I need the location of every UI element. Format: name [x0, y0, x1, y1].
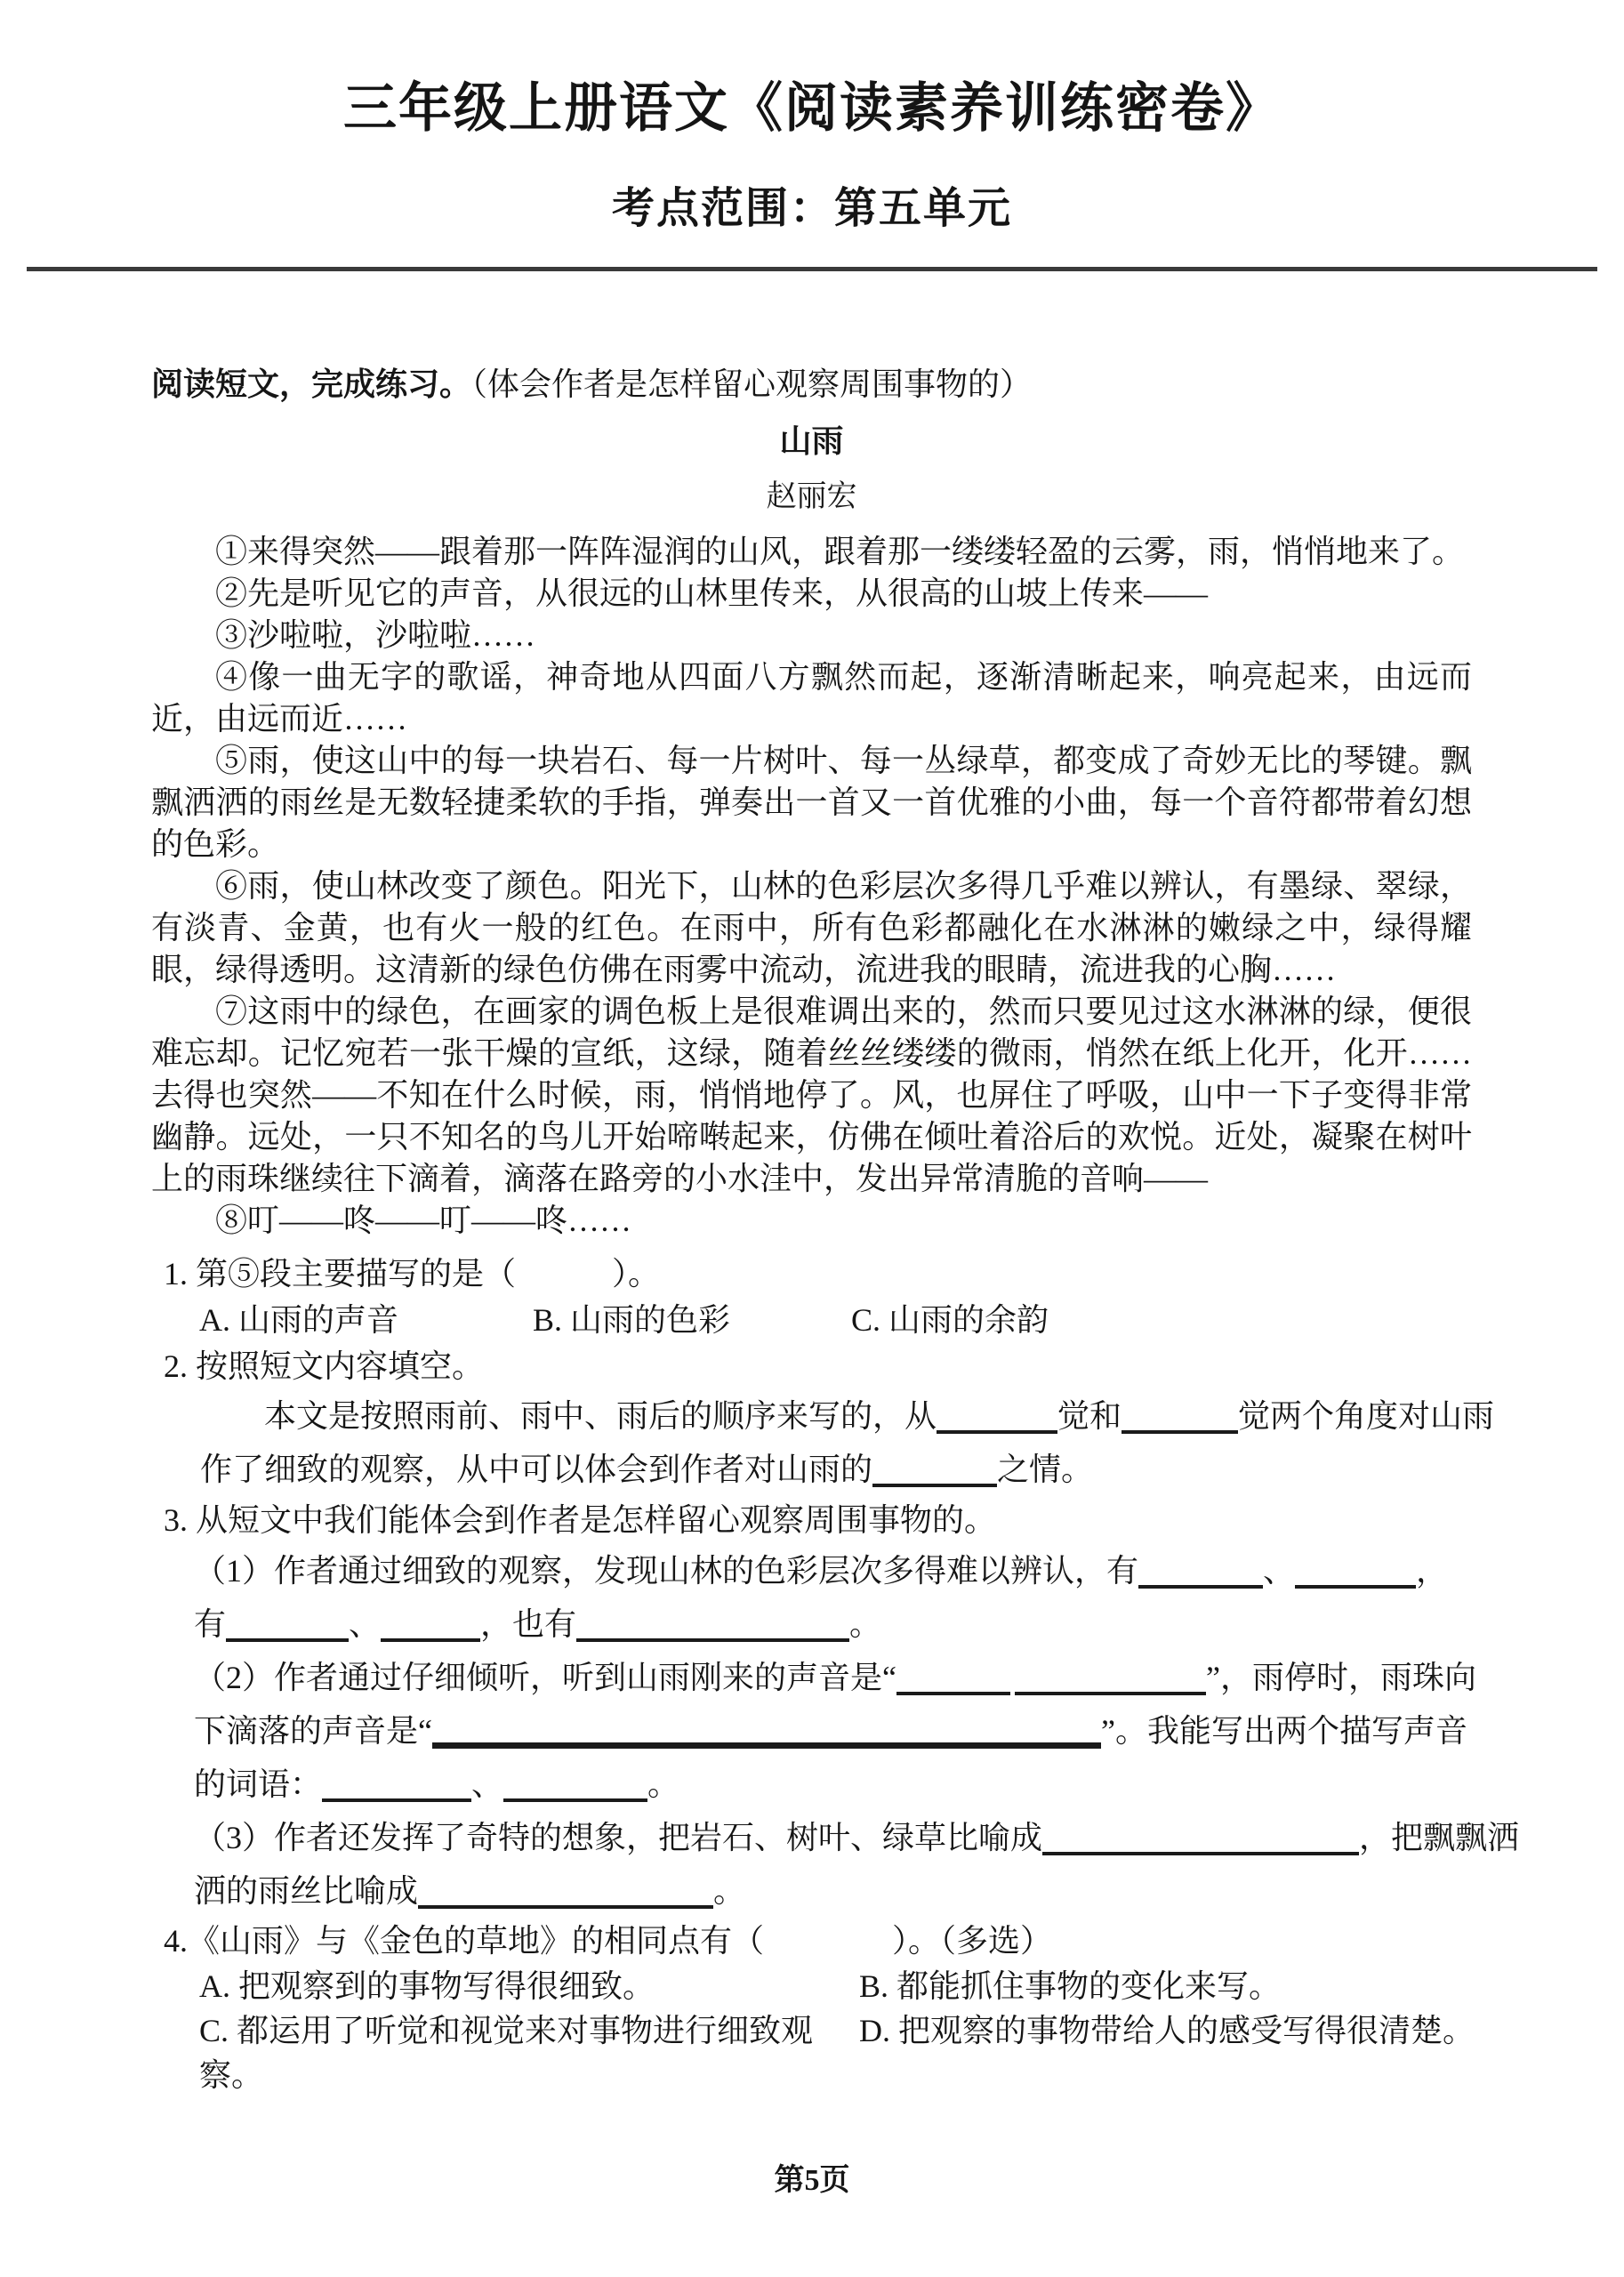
essay-paragraph: ⑦这雨中的绿色，在画家的调色板上是很难调出来的，然而只要见过这水淋淋的绿，便很难…: [151, 991, 1472, 1200]
essay-title: 山雨: [151, 419, 1472, 463]
question-4-option-a: A. 把观察到的事物写得很细致。: [199, 1964, 859, 2008]
question-4-stem: 4.《山雨》与《金色的草地》的相同点有（ ）。（多选）: [151, 1918, 1472, 1964]
question-3-sub2: （2）作者通过仔细倾听，听到山雨刚来的声音是“”，雨停时，雨珠向 下滴落的声音是…: [151, 1651, 1472, 1811]
question-4-options-row: A. 把观察到的事物写得很细致。 B. 都能抓住事物的变化来写。: [151, 1964, 1472, 2008]
question-4-option-b: B. 都能抓住事物的变化来写。: [859, 1964, 1281, 2008]
instruction-note: （体会作者是怎样留心观察周围事物的）: [471, 366, 1032, 402]
question-3-sub1: （1）作者通过细致的观察，发现山林的色彩层次多得难以辨认，有、， 有、，也有。: [151, 1544, 1472, 1651]
question-1-option-b: B. 山雨的色彩: [533, 1297, 851, 1343]
question-1-stem: 1. 第⑤段主要描写的是（ ）。: [151, 1251, 1472, 1297]
essay-paragraph: ②先是听见它的声音，从很远的山林里传来，从很高的山坡上传来——: [151, 573, 1472, 615]
page-title: 三年级上册语文《阅读素养训练密卷》: [0, 0, 1624, 140]
page-number: 第5页: [0, 2155, 1624, 2199]
question-3-sub1-line: 有、，也有。: [194, 1597, 1472, 1651]
question-4-option-c: C. 都运用了听觉和视觉来对事物进行细致观察。: [199, 2008, 859, 2097]
essay-author: 赵丽宏: [151, 476, 1472, 519]
question-2-fill: 本文是按照雨前、雨中、雨后的顺序来写的，从觉和觉两个角度对山雨 作了细致的观察，…: [151, 1389, 1472, 1496]
essay-paragraph: ⑧叮——咚——叮——咚……: [151, 1200, 1472, 1242]
worksheet-page: 三年级上册语文《阅读素养训练密卷》 考点范围：第五单元 阅读短文，完成练习。（体…: [0, 0, 1624, 2277]
page-content: 阅读短文，完成练习。（体会作者是怎样留心观察周围事物的） 山雨 赵丽宏 ①来得突…: [0, 362, 1624, 2097]
essay-body: ①来得突然——跟着那一阵阵湿润的山风，跟着那一缕缕轻盈的云雾，雨，悄悄地来了。 …: [151, 531, 1472, 1242]
question-3-stem: 3. 从短文中我们能体会到作者是怎样留心观察周围事物的。: [151, 1496, 1472, 1544]
question-3-sub2-line: 下滴落的声音是“”。我能写出两个描写声音: [194, 1704, 1472, 1758]
question-1-option-a: A. 山雨的声音: [199, 1297, 533, 1343]
essay-paragraph: ⑤雨，使这山中的每一块岩石、每一片树叶、每一丛绿草，都变成了奇妙无比的琴键。飘飘…: [151, 740, 1472, 865]
page-subtitle: 考点范围：第五单元: [0, 173, 1624, 235]
question-1-options: A. 山雨的声音 B. 山雨的色彩 C. 山雨的余韵: [151, 1297, 1472, 1343]
question-4-option-d: D. 把观察的事物带给人的感受写得很清楚。: [859, 2008, 1475, 2097]
instruction-lead: 阅读短文，完成练习。: [151, 366, 471, 402]
question-2-line: 作了细致的观察，从中可以体会到作者对山雨的之情。: [200, 1443, 1472, 1496]
question-3-sub2-line: （2）作者通过仔细倾听，听到山雨刚来的声音是“”，雨停时，雨珠向: [194, 1651, 1472, 1704]
question-3-sub1-line: （1）作者通过细致的观察，发现山林的色彩层次多得难以辨认，有、，: [194, 1544, 1472, 1597]
essay-paragraph: ③沙啦啦，沙啦啦……: [151, 615, 1472, 656]
question-2-stem: 2. 按照短文内容填空。: [151, 1343, 1472, 1389]
question-3-sub3-line: 洒的雨丝比喻成。: [194, 1864, 1472, 1918]
question-3-sub3: （3）作者还发挥了奇特的想象，把岩石、树叶、绿草比喻成，把飘飘洒 洒的雨丝比喻成…: [151, 1811, 1472, 1918]
question-2-line: 本文是按照雨前、雨中、雨后的顺序来写的，从觉和觉两个角度对山雨: [200, 1389, 1472, 1443]
essay-paragraph: ④像一曲无字的歌谣，神奇地从四面八方飘然而起，逐渐清晰起来，响亮起来，由远而近，…: [151, 656, 1472, 740]
essay-paragraph: ①来得突然——跟着那一阵阵湿润的山风，跟着那一缕缕轻盈的云雾，雨，悄悄地来了。: [151, 531, 1472, 573]
reading-instruction: 阅读短文，完成练习。（体会作者是怎样留心观察周围事物的）: [151, 362, 1472, 406]
question-3-sub3-line: （3）作者还发挥了奇特的想象，把岩石、树叶、绿草比喻成，把飘飘洒: [194, 1811, 1472, 1864]
question-4-options-row: C. 都运用了听觉和视觉来对事物进行细致观察。 D. 把观察的事物带给人的感受写…: [151, 2008, 1472, 2097]
essay-paragraph: ⑥雨，使山林改变了颜色。阳光下，山林的色彩层次多得几乎难以辨认，有墨绿、翠绿，有…: [151, 865, 1472, 991]
question-1-option-c: C. 山雨的余韵: [851, 1297, 1049, 1343]
header-divider: [27, 267, 1597, 271]
question-3-sub2-line: 的词语：、。: [194, 1758, 1472, 1811]
